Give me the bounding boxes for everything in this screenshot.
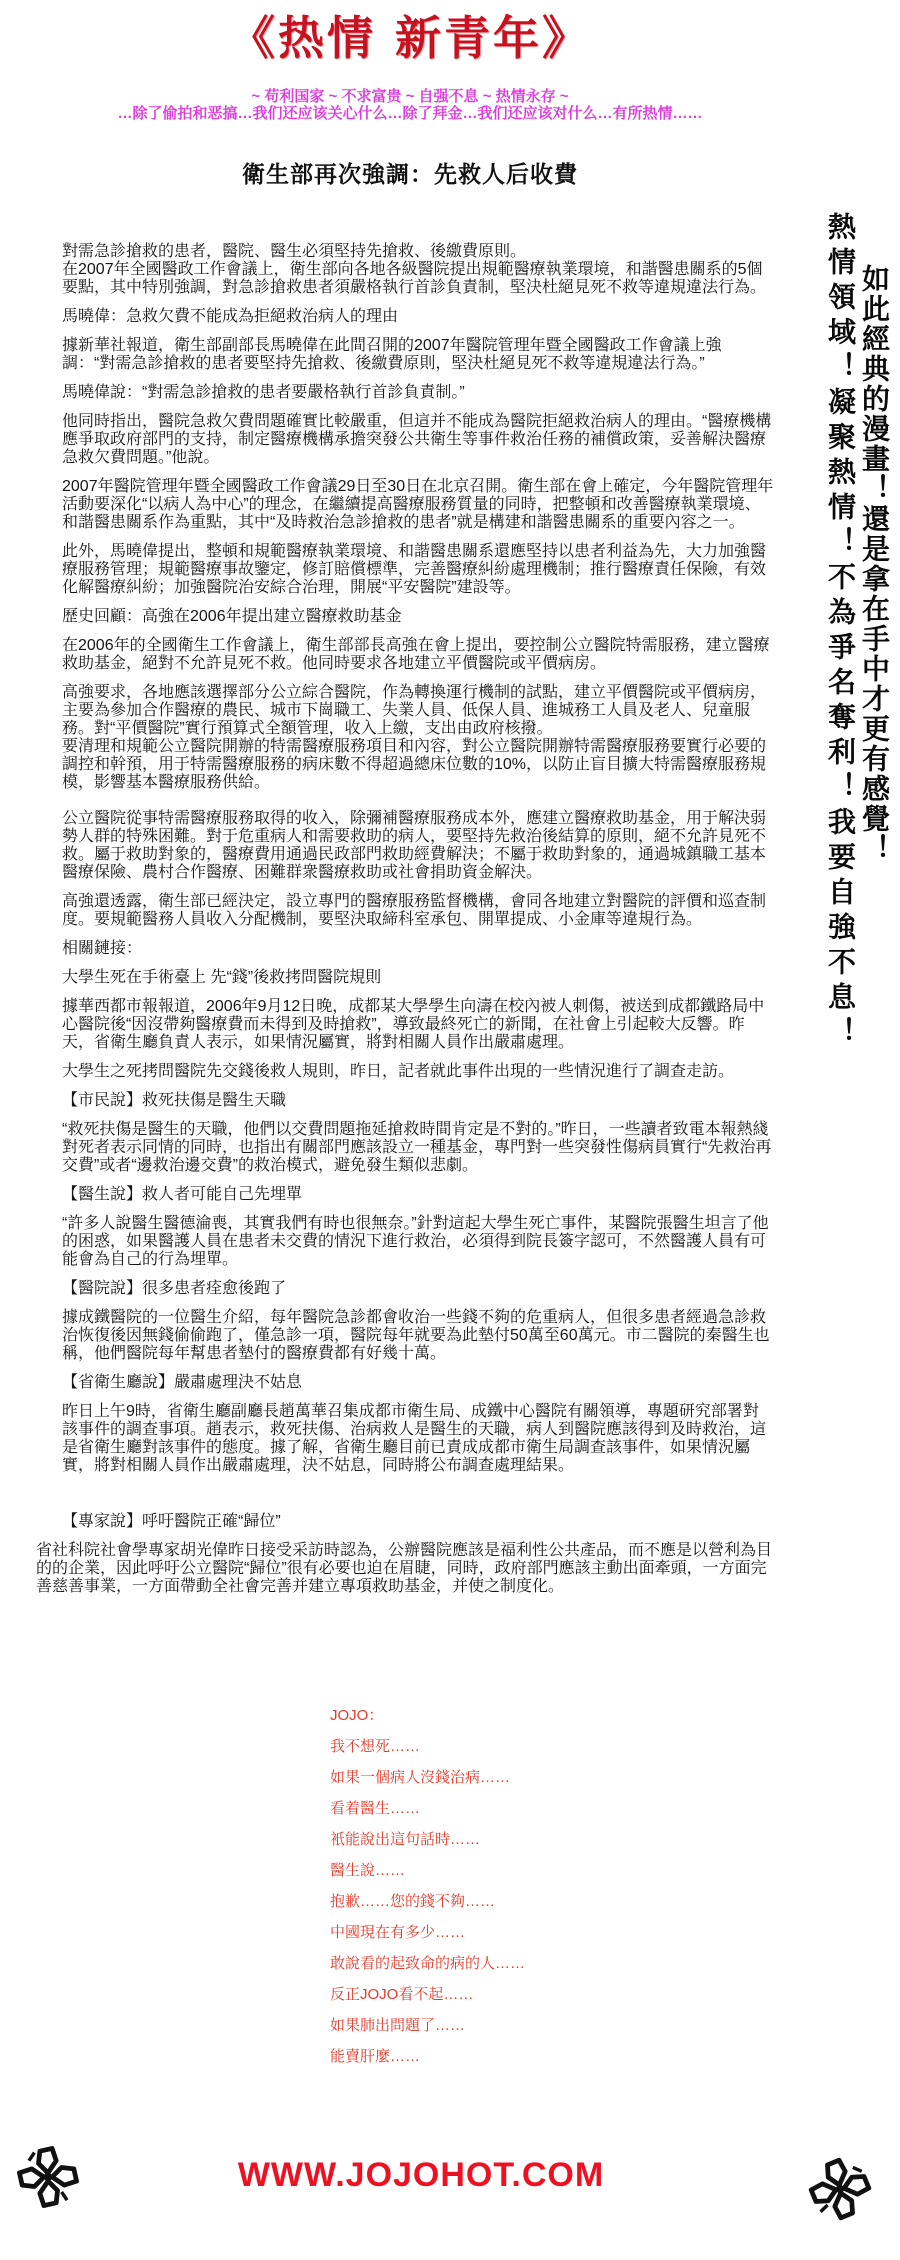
jojo-line: 如果肺出問題了……: [330, 2018, 525, 2034]
article-paragraph: 他同時指出，醫院急救欠費問題確實比較嚴重，但這并不能成為醫院拒絕救治病人的理由。…: [62, 413, 774, 467]
masthead-slogan-2: …除了偷拍和恶搞…我们还应该关心什么…除了拜金…我们还应该对什么…有所热情……: [0, 105, 820, 122]
masthead: 《热情 新青年》 ~ 苟利国家 ~ 不求富贵 ~ 自强不息 ~ 热情永存 ~ ……: [0, 12, 820, 122]
jojo-line: 衹能說出這句話時……: [330, 1832, 525, 1848]
article-paragraph: 高強要求，各地應該選擇部分公立綜合醫院，作為轉換運行機制的試點，建立平價醫院或平…: [62, 684, 774, 792]
article-headline: 衛生部再次強調：先救人后收費: [0, 156, 820, 189]
article-paragraph: 據成鐵醫院的一位醫生介紹，每年醫院急診都會收治一些錢不夠的危重病人，但很多患者經…: [62, 1309, 774, 1363]
article-paragraph: “救死扶傷是醫生的天職，他們以交費問題拖延搶救時間肯定是不對的。”昨日，一些讀者…: [62, 1121, 774, 1175]
article-paragraph: 【市民說】救死扶傷是醫生天職: [62, 1092, 774, 1110]
jojo-line: 中國現在有多少……: [330, 1925, 525, 1941]
site-title: 《热情 新青年》: [0, 12, 820, 64]
article-paragraph: 在2006年的全國衛生工作會議上，衛生部部長高強在會上提出，要控制公立醫院特需服…: [62, 637, 774, 673]
article-paragraph: 【專家說】呼吁醫院正確“歸位”: [62, 1513, 774, 1531]
article-paragraph: “許多人說醫生醫德淪喪，其實我們有時也很無奈。”針對這起大學生死亡事件，某醫院張…: [62, 1215, 774, 1269]
article-body: 對需急診搶救的患者，醫院、醫生必須堅持先搶救、後繳費原則。 在2007年全國醫政…: [62, 243, 774, 1607]
jojo-line: 抱歉……您的錢不夠……: [330, 1894, 525, 1910]
article-paragraph: 馬曉偉：急救欠費不能成為拒絕救治病人的理由: [62, 308, 774, 326]
jojo-line: JOJO：: [330, 1708, 525, 1724]
article-paragraph: 公立醫院從事特需醫療服務取得的收入，除彌補醫療服務成本外，應建立醫療救助基金，用…: [62, 810, 774, 882]
article-paragraph: 高強還透露，衛生部已經決定，設立專門的醫療服務監督機構，會同各地建立對醫院的評價…: [62, 893, 774, 929]
article-paragraph: 據華西都市報報道，2006年9月12日晚，成都某大學學生向濤在校內被人刺傷，被送…: [62, 998, 774, 1052]
article-paragraph: 【省衛生廳說】嚴肅處理決不姑息: [62, 1374, 774, 1392]
article-paragraph: 大學生之死拷問醫院先交錢後救人規則，昨日，記者就此事件出現的一些情況進行了調查走…: [62, 1063, 774, 1081]
site-url-link[interactable]: WWW.JOJOHOT.COM: [0, 2156, 842, 2195]
article-paragraph: 昨日上午9時，省衛生廳副廳長趙萬華召集成都市衛生局、成鐵中心醫院有關領導，專題研…: [62, 1403, 774, 1475]
article-paragraph: 馬曉偉說：“對需急診搶救的患者要嚴格執行首診負責制。”: [62, 384, 774, 402]
jojo-line: 反正JOJO看不起……: [330, 1987, 525, 2003]
jojo-line: 能賣肝麼……: [330, 2049, 525, 2065]
page: 《热情 新青年》 ~ 苟利国家 ~ 不求富贵 ~ 自强不息 ~ 热情永存 ~ ……: [0, 0, 900, 2260]
jojo-line: 看着醫生……: [330, 1801, 525, 1817]
jojo-line: 如果一個病人沒錢治病……: [330, 1770, 525, 1786]
article-paragraph: 大學生死在手術臺上 先“錢”後救拷問醫院規則: [62, 969, 774, 987]
article-paragraph: 歷史回顧：高強在2006年提出建立醫療救助基金: [62, 608, 774, 626]
article-paragraph: 對需急診搶救的患者，醫院、醫生必須堅持先搶救、後繳費原則。 在2007年全國醫政…: [62, 243, 774, 297]
masthead-slogan-1: ~ 苟利国家 ~ 不求富贵 ~ 自强不息 ~ 热情永存 ~: [0, 88, 820, 105]
jojo-line: 敢說看的起致命的病的人……: [330, 1956, 525, 1972]
article-paragraph: 【醫生說】救人者可能自己先埋單: [62, 1186, 774, 1204]
article-paragraph: 相關鏈接：: [62, 940, 774, 958]
article-paragraph: 2007年醫院管理年暨全國醫政工作會議29日至30日在北京召開。衛生部在會上確定…: [62, 478, 774, 532]
jojo-monologue: JOJO： 我不想死…… 如果一個病人沒錢治病…… 看着醫生…… 衹能說出這句話…: [330, 1708, 525, 2080]
article-paragraph: 據新華社報道，衛生部副部長馬曉偉在此間召開的2007年醫院管理年暨全國醫政工作會…: [62, 337, 774, 373]
jojo-line: 我不想死……: [330, 1739, 525, 1755]
sidebar-slogan-inner: 如此經典的漫畫！還是拿在手中才更有感覺！: [854, 264, 894, 864]
jojo-line: 醫生說……: [330, 1863, 525, 1879]
article-paragraph: 【醫院說】很多患者痊愈後跑了: [62, 1280, 774, 1298]
pinwheel-ornament-icon: [794, 2148, 887, 2229]
pinwheel-ornament-icon: [14, 2136, 82, 2218]
article-paragraph: 省社科院社會學專家胡光偉昨日接受采訪時認為，公辦醫院應該是福利性公共產品，而不應…: [36, 1542, 774, 1596]
article-paragraph: 此外，馬曉偉提出，整頓和規範醫療執業環境、和諧醫患關系還應堅持以患者利益為先，大…: [62, 543, 774, 597]
